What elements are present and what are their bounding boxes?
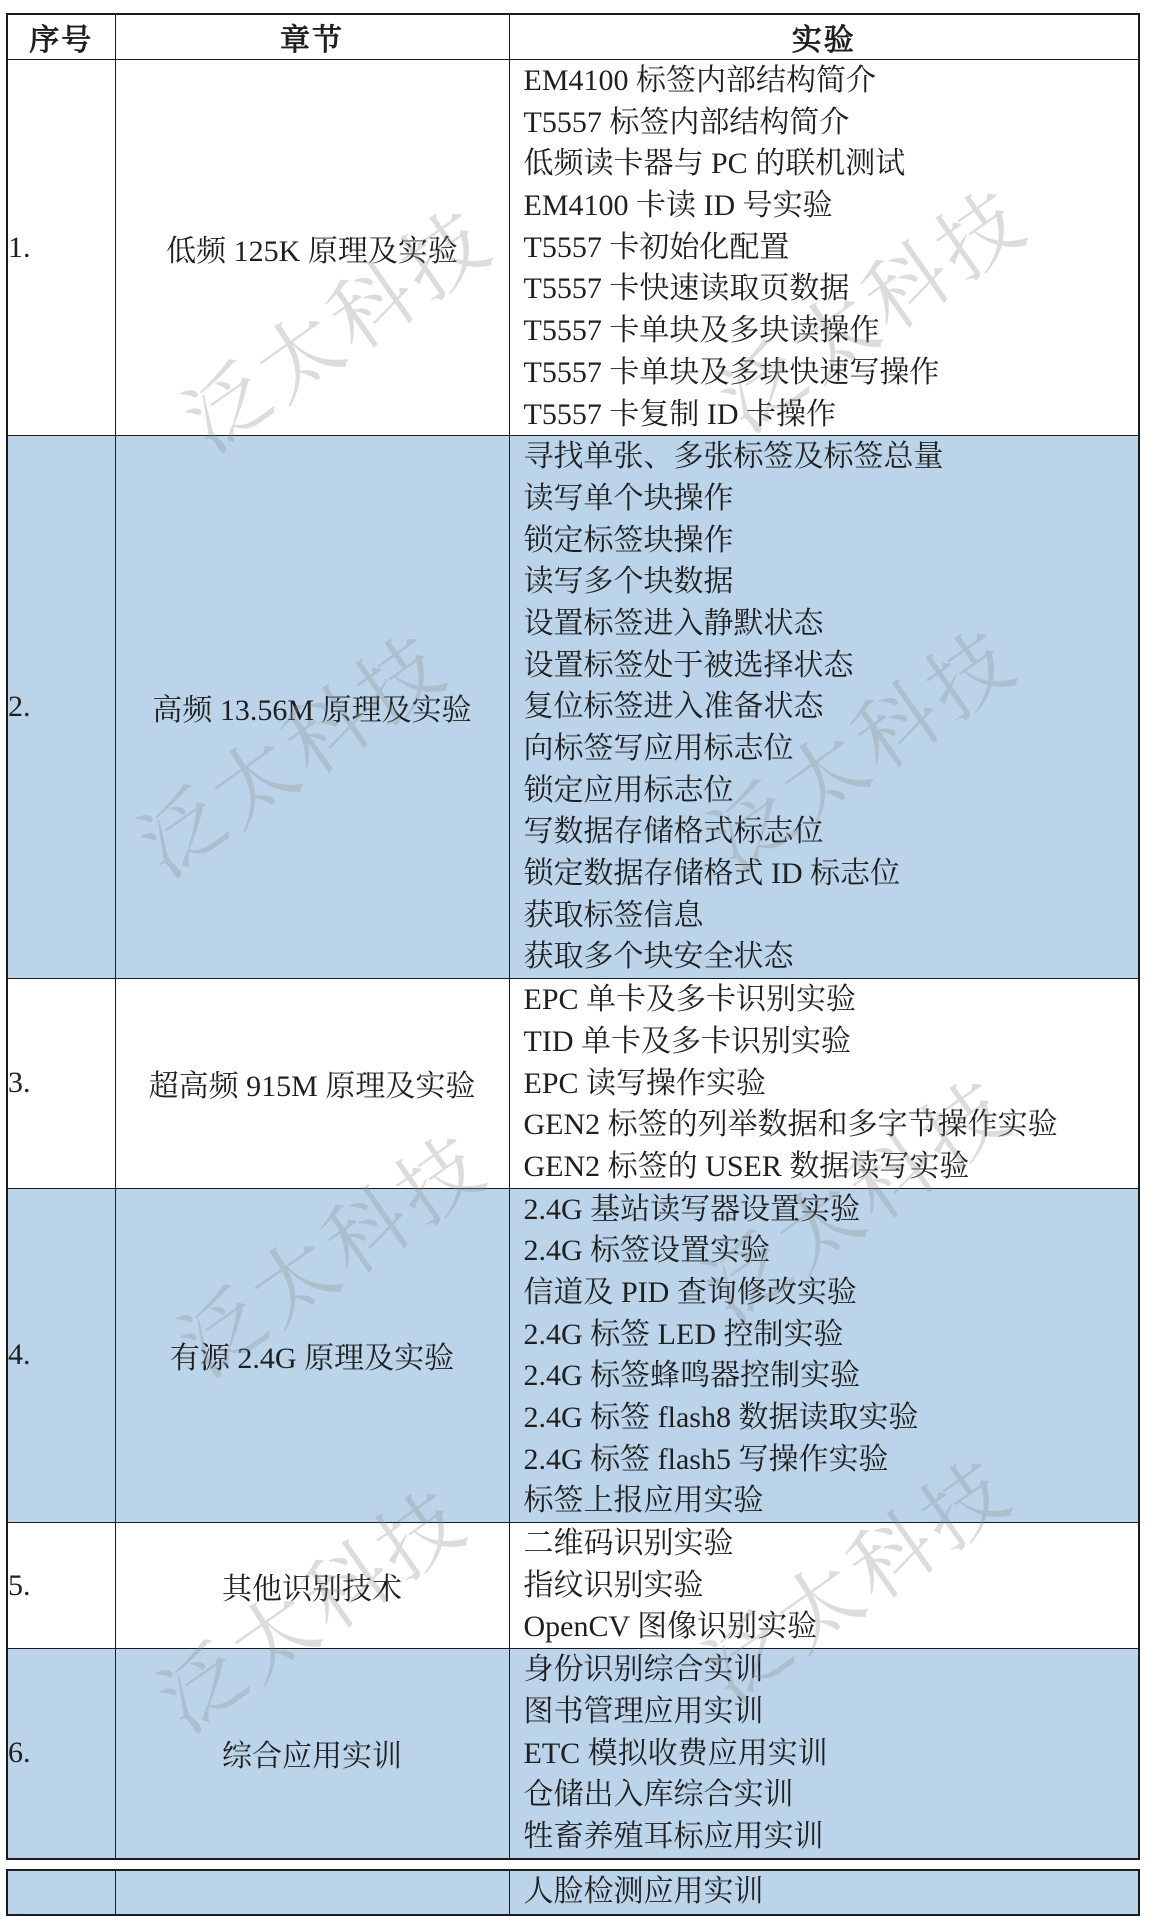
row-chapter-cell: 其他识别技术: [115, 1523, 509, 1649]
experiment-item: 设置标签处于被选择状态: [510, 645, 1139, 687]
row-index-cell: 4.: [7, 1188, 115, 1523]
row-index-cell: 5.: [7, 1523, 115, 1649]
row-experiments-cell: 2.4G 基站读写器设置实验2.4G 标签设置实验信道及 PID 查询修改实验2…: [509, 1188, 1139, 1523]
row-chapter-cell: 低频 125K 原理及实验: [115, 60, 509, 436]
column-header-experiment: 实验: [509, 14, 1139, 60]
experiment-item: 指纹识别实验: [510, 1565, 1139, 1607]
row-chapter-cell: 综合应用实训: [115, 1649, 509, 1859]
row-experiments-cell: 人脸检测应用实训: [509, 1870, 1139, 1915]
row-index-cell: 2.: [7, 436, 115, 979]
experiment-item: T5557 卡单块及多块读操作: [510, 310, 1139, 352]
row-index-cell: [7, 1870, 115, 1915]
experiment-item: 锁定应用标志位: [510, 770, 1139, 812]
experiment-item: 复位标签进入准备状态: [510, 686, 1139, 728]
experiment-item: 人脸检测应用实训: [510, 1871, 1139, 1913]
row-experiments-cell: 二维码识别实验指纹识别实验OpenCV 图像识别实验: [509, 1523, 1139, 1649]
experiment-item: GEN2 标签的列举数据和多字节操作实验: [510, 1104, 1139, 1146]
table-header-row: 序号 章节 实验: [7, 14, 1139, 60]
experiment-item: 2.4G 标签 flash8 数据读取实验: [510, 1397, 1139, 1439]
experiment-item: ETC 模拟收费应用实训: [510, 1733, 1139, 1775]
table-row: 1.低频 125K 原理及实验EM4100 标签内部结构简介T5557 标签内部…: [7, 60, 1139, 436]
row-experiments-cell: EPC 单卡及多卡识别实验TID 单卡及多卡识别实验EPC 读写操作实验GEN2…: [509, 979, 1139, 1188]
experiment-item: T5557 卡单块及多块快速写操作: [510, 352, 1139, 394]
table-row: 6.综合应用实训身份识别综合实训图书管理应用实训ETC 模拟收费应用实训仓储出入…: [7, 1649, 1139, 1859]
experiment-item: 2.4G 标签 LED 控制实验: [510, 1314, 1139, 1356]
experiment-item: 锁定标签块操作: [510, 520, 1139, 562]
row-chapter-cell: 高频 13.56M 原理及实验: [115, 436, 509, 979]
experiment-item: 牲畜养殖耳标应用实训: [510, 1816, 1139, 1858]
table-row: 2.高频 13.56M 原理及实验寻找单张、多张标签及标签总量读写单个块操作锁定…: [7, 436, 1139, 979]
table-body: 1.低频 125K 原理及实验EM4100 标签内部结构简介T5557 标签内部…: [7, 60, 1139, 1859]
row-experiments-cell: EM4100 标签内部结构简介T5557 标签内部结构简介低频读卡器与 PC 的…: [509, 60, 1139, 436]
experiment-item: 2.4G 基站读写器设置实验: [510, 1189, 1139, 1231]
experiment-item: 寻找单张、多张标签及标签总量: [510, 436, 1139, 478]
experiment-item: 向标签写应用标志位: [510, 728, 1139, 770]
experiment-item: GEN2 标签的 USER 数据读写实验: [510, 1146, 1139, 1188]
column-header-index: 序号: [7, 14, 115, 60]
column-header-chapter: 章节: [115, 14, 509, 60]
experiment-item: T5557 卡复制 ID 卡操作: [510, 394, 1139, 436]
experiment-item: EM4100 标签内部结构简介: [510, 60, 1139, 102]
document-page: { "watermark": { "text": "泛太科技" }, "colo…: [0, 0, 1153, 1917]
experiment-item: 二维码识别实验: [510, 1523, 1139, 1565]
experiment-item: EPC 单卡及多卡识别实验: [510, 979, 1139, 1021]
experiment-item: 获取标签信息: [510, 895, 1139, 937]
experiment-item: 身份识别综合实训: [510, 1649, 1139, 1691]
continuation-table: 人脸检测应用实训: [6, 1869, 1140, 1916]
experiment-item: TID 单卡及多卡识别实验: [510, 1021, 1139, 1063]
experiment-item: 图书管理应用实训: [510, 1691, 1139, 1733]
experiment-item: T5557 卡快速读取页数据: [510, 268, 1139, 310]
table-row: 5.其他识别技术二维码识别实验指纹识别实验OpenCV 图像识别实验: [7, 1523, 1139, 1649]
experiment-item: 获取多个块安全状态: [510, 936, 1139, 978]
row-index-cell: 3.: [7, 979, 115, 1188]
experiment-item: 2.4G 标签蜂鸣器控制实验: [510, 1355, 1139, 1397]
row-index-cell: 1.: [7, 60, 115, 436]
experiments-table: 序号 章节 实验 1.低频 125K 原理及实验EM4100 标签内部结构简介T…: [6, 13, 1140, 1860]
experiment-item: EPC 读写操作实验: [510, 1063, 1139, 1105]
experiment-item: 2.4G 标签设置实验: [510, 1230, 1139, 1272]
row-index-cell: 6.: [7, 1649, 115, 1859]
experiment-item: 2.4G 标签 flash5 写操作实验: [510, 1439, 1139, 1481]
experiment-item: T5557 卡初始化配置: [510, 227, 1139, 269]
curriculum-table-page: 序号 章节 实验 1.低频 125K 原理及实验EM4100 标签内部结构简介T…: [6, 13, 1138, 1916]
table-row: 4.有源 2.4G 原理及实验2.4G 基站读写器设置实验2.4G 标签设置实验…: [7, 1188, 1139, 1523]
table-row: 人脸检测应用实训: [7, 1870, 1139, 1915]
row-chapter-cell: [115, 1870, 509, 1915]
row-chapter-cell: 超高频 915M 原理及实验: [115, 979, 509, 1188]
experiment-item: 设置标签进入静默状态: [510, 603, 1139, 645]
experiment-item: 读写单个块操作: [510, 478, 1139, 520]
experiment-item: 写数据存储格式标志位: [510, 811, 1139, 853]
row-chapter-cell: 有源 2.4G 原理及实验: [115, 1188, 509, 1523]
experiment-item: 仓储出入库综合实训: [510, 1774, 1139, 1816]
experiment-item: 信道及 PID 查询修改实验: [510, 1272, 1139, 1314]
experiment-item: 低频读卡器与 PC 的联机测试: [510, 143, 1139, 185]
experiment-item: EM4100 卡读 ID 号实验: [510, 185, 1139, 227]
experiment-item: 标签上报应用实验: [510, 1480, 1139, 1522]
experiment-item: OpenCV 图像识别实验: [510, 1606, 1139, 1648]
experiment-item: 读写多个块数据: [510, 561, 1139, 603]
experiment-item: 锁定数据存储格式 ID 标志位: [510, 853, 1139, 895]
table-row: 3.超高频 915M 原理及实验EPC 单卡及多卡识别实验TID 单卡及多卡识别…: [7, 979, 1139, 1188]
row-experiments-cell: 寻找单张、多张标签及标签总量读写单个块操作锁定标签块操作读写多个块数据设置标签进…: [509, 436, 1139, 979]
row-experiments-cell: 身份识别综合实训图书管理应用实训ETC 模拟收费应用实训仓储出入库综合实训牲畜养…: [509, 1649, 1139, 1859]
experiment-item: T5557 标签内部结构简介: [510, 102, 1139, 144]
